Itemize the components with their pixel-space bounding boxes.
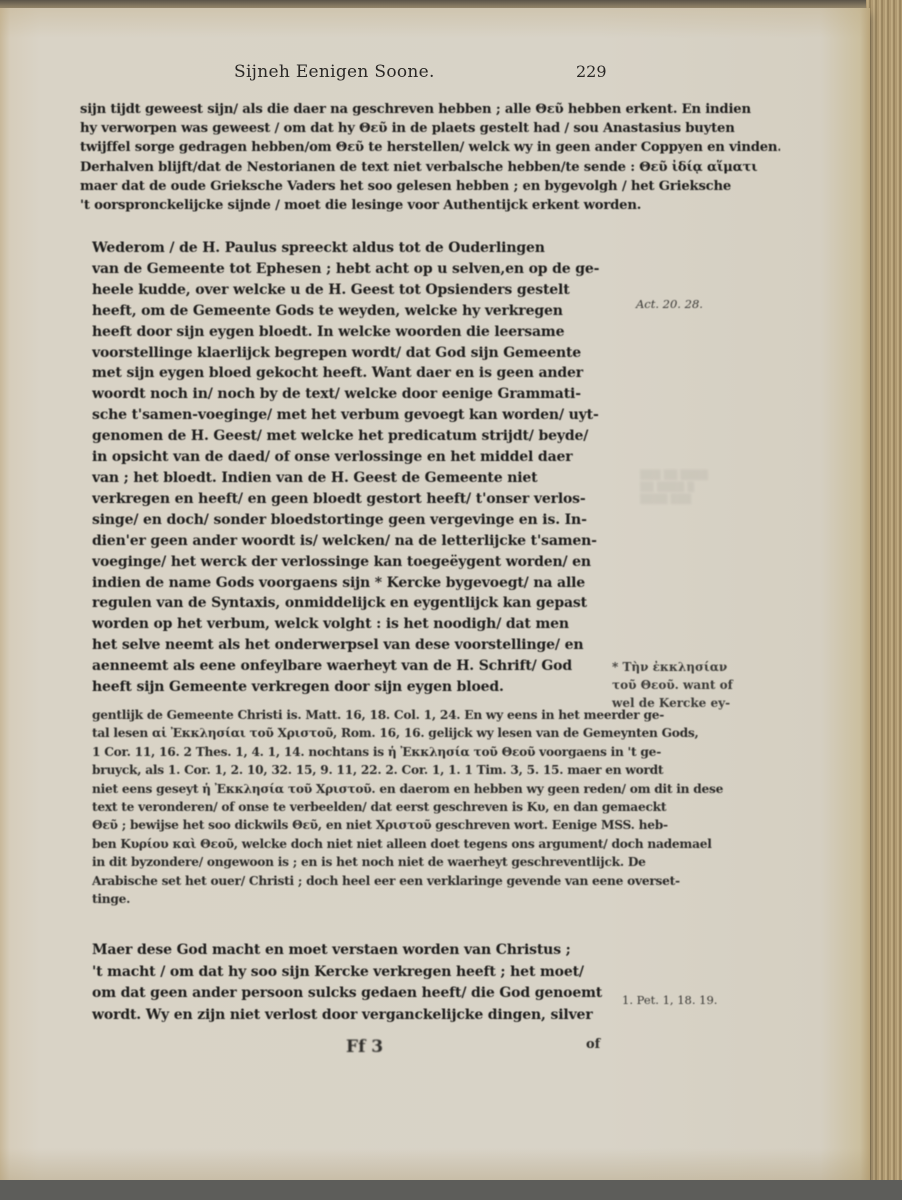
text-line: singe/ en doch/ sonder bloedstortinge ge…	[92, 510, 612, 531]
text-line: ben Κυρίου καὶ Θεοῦ, welcke doch niet ni…	[92, 835, 772, 853]
text-line: Arabische set het ouer/ Christi ; doch h…	[92, 872, 772, 890]
text-line: heeft, om de Gemeente Gods te weyden, we…	[92, 301, 612, 322]
text-line: Wederom / de H. Paulus spreeckt aldus to…	[92, 238, 612, 259]
text-line: genomen de H. Geest/ met welcke het pred…	[92, 426, 612, 447]
text-line: text te veronderen/ of onse te verbeelde…	[92, 798, 772, 816]
text-line: hy verworpen was geweest / om dat hy Θεῦ…	[80, 119, 780, 138]
page-fore-edge-stack	[866, 0, 902, 1185]
text-line: maer dat de oude Grieksche Vaders het so…	[80, 177, 780, 196]
text-line: 1 Cor. 11, 16. 2 Thes. 1, 4. 1, 14. noch…	[92, 743, 772, 761]
text-line: Derhalven blijft/dat de Nestorianen de t…	[80, 158, 780, 177]
text-line: tal lesen αἱ Ἐκκλησίαι τοῦ Χριστοῦ, Rom.…	[92, 724, 772, 742]
text-line: worden op het verbum, welck volght : is …	[92, 614, 612, 635]
paragraph-4: Maer dese God macht en moet verstaen wor…	[92, 940, 612, 1026]
text-line: voorstellinge klaerlijck begrepen wordt/…	[92, 343, 612, 364]
text-line: in dit byzondere/ ongewoon is ; en is he…	[92, 853, 772, 871]
catchword: of	[586, 1037, 600, 1052]
footnote-line: * Τὴν ἐκκλησίαν	[612, 658, 733, 676]
text-line: gentlijk de Gemeente Christi is. Matt. 1…	[92, 706, 772, 724]
footnote-line: τοῦ Θεοῦ. want of	[612, 676, 733, 694]
text-line: bruyck, als 1. Cor. 1, 2. 10, 32. 15, 9.…	[92, 761, 772, 779]
text-line: twijffel sorge gedragen hebben/om Θεῦ te…	[80, 138, 780, 157]
text-line: indien de name Gods voorgaens sijn * Ker…	[92, 573, 612, 594]
text-line: wordt. Wy en zijn niet verlost door verg…	[92, 1005, 612, 1027]
text-line: tinge.	[92, 890, 772, 908]
signature-mark: Ff 3	[346, 1037, 383, 1057]
text-line: in opsicht van de daed/ of onse verlossi…	[92, 447, 612, 468]
text-line: sijn tijdt geweest sijn/ als die daer na…	[80, 100, 780, 119]
paragraph-3-footnote-continuation: gentlijk de Gemeente Christi is. Matt. 1…	[92, 706, 772, 908]
paragraph-2: Wederom / de H. Paulus spreeckt aldus to…	[92, 238, 612, 698]
running-title: Sijneh Eenigen Soone.	[234, 62, 435, 82]
text-line: met sijn eygen bloed gekocht heeft. Want…	[92, 363, 612, 384]
text-line: voeginge/ het werck der verlossinge kan …	[92, 552, 612, 573]
photographed-book-spread: Sijneh Eenigen Soone. 229 sijn tijdt gew…	[0, 0, 902, 1200]
text-line: aenneemt als eene onfeylbare waerheyt va…	[92, 656, 612, 677]
text-line: woordt noch in/ noch by de text/ welcke …	[92, 384, 612, 405]
text-line: sche t'samen-voeginge/ met het verbum ge…	[92, 405, 612, 426]
page-number: 229	[576, 62, 607, 81]
paragraph-1: sijn tijdt geweest sijn/ als die daer na…	[80, 100, 780, 215]
text-line: heeft door sijn eygen bloedt. In welcke …	[92, 322, 612, 343]
text-line: van de Gemeente tot Ephesen ; hebt acht …	[92, 259, 612, 280]
text-line: Maer dese God macht en moet verstaen wor…	[92, 940, 612, 962]
text-line: regulen van de Syntaxis, onmiddelijck en…	[92, 593, 612, 614]
margin-note-peter-reference: 1. Pet. 1, 18. 19.	[622, 993, 717, 1007]
text-line: om dat geen ander persoon sulcks gedaen …	[92, 983, 612, 1005]
text-line: verkregen en heeft/ en geen bloedt gesto…	[92, 489, 612, 510]
margin-footnote: * Τὴν ἐκκλησίαν τοῦ Θεοῦ. want of wel de…	[612, 658, 733, 712]
margin-note-acts-reference: Act. 20. 28.	[636, 297, 703, 311]
text-line: Θεῦ ; bewijse het soo dickwils Θεῦ, en n…	[92, 816, 772, 834]
background-surface	[0, 1180, 902, 1200]
text-line: niet eens geseyt ἡ Ἐκκλησία τοῦ Χριστοῦ.…	[92, 780, 772, 798]
text-line: van ; het bloedt. Indien van de H. Geest…	[92, 468, 612, 489]
text-line: heele kudde, over welcke u de H. Geest t…	[92, 280, 612, 301]
text-line: het selve neemt als het onderwerpsel van…	[92, 635, 612, 656]
text-line: 't oorspronckelijcke sijnde / moet die l…	[80, 196, 780, 215]
text-line: dien'er geen ander woordt is/ welcken/ n…	[92, 531, 612, 552]
text-line: 't macht / om dat hy soo sijn Kercke ver…	[92, 962, 612, 984]
show-through-text: ▒▒▒ ▒▒ ▒▒▒▒▒▒ ▒▒▒▒ ▒▒▒▒▒ ▒▒▒	[640, 470, 760, 550]
text-line: heeft sijn Gemeente verkregen door sijn …	[92, 677, 612, 698]
